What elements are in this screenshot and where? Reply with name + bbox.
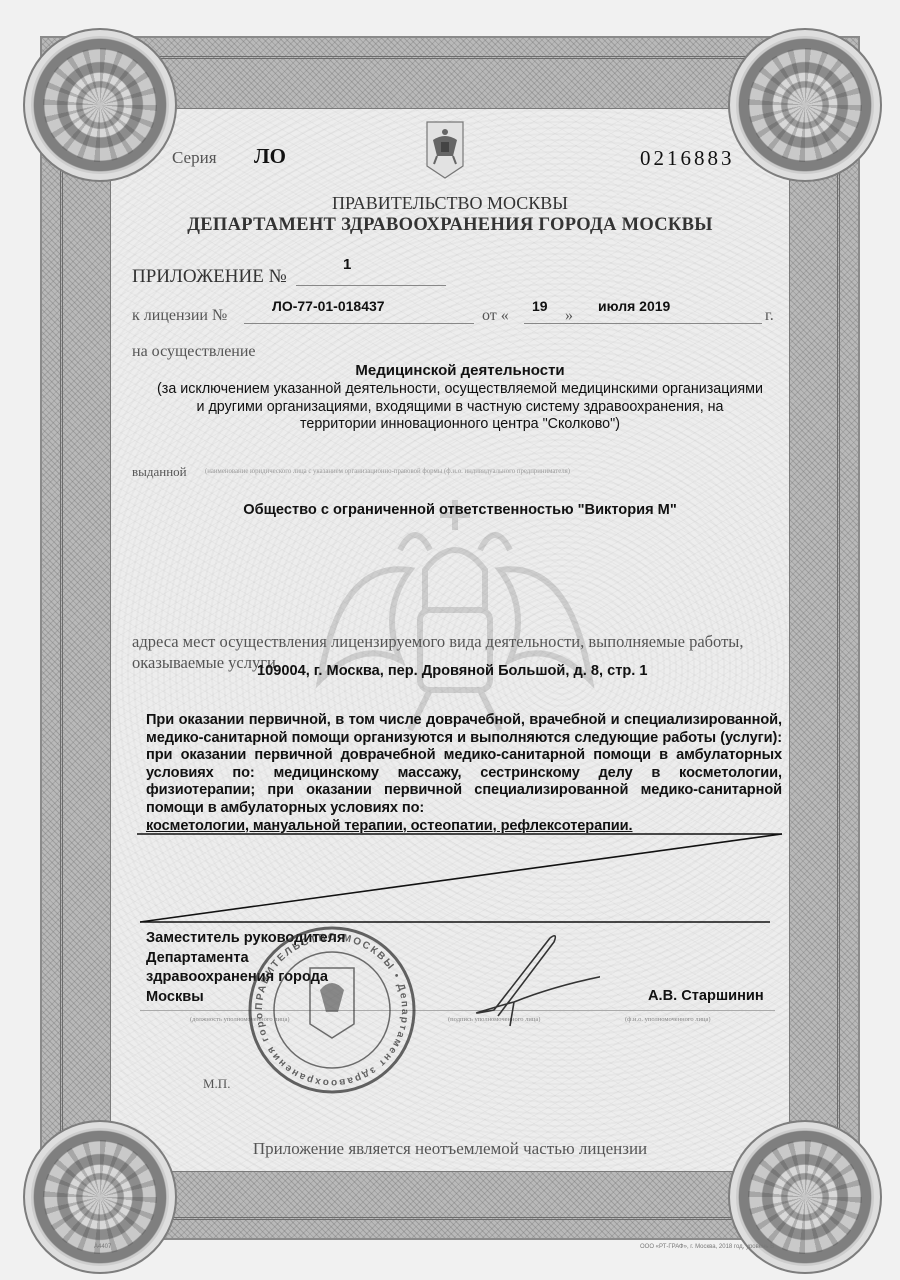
- printer-info: ООО «РТ-ГРАФ», г. Москва, 2018 год, уров…: [640, 1244, 774, 1250]
- signature-icon: [470, 930, 600, 1040]
- caption-name: (ф.и.о. уполномоченного лица): [625, 1016, 711, 1023]
- seal-placeholder-label: М.П.: [203, 1076, 230, 1092]
- blank-space-strikeout: [0, 0, 900, 1280]
- signatory-name: А.В. Старшинин: [648, 988, 764, 1004]
- official-seal-icon: ПРАВИТЕЛЬСТВО МОСКВЫ • Департамент здрав…: [232, 920, 432, 1100]
- footer-note: Приложение является неотъемлемой частью …: [110, 1139, 790, 1159]
- form-code: A4407: [94, 1244, 111, 1250]
